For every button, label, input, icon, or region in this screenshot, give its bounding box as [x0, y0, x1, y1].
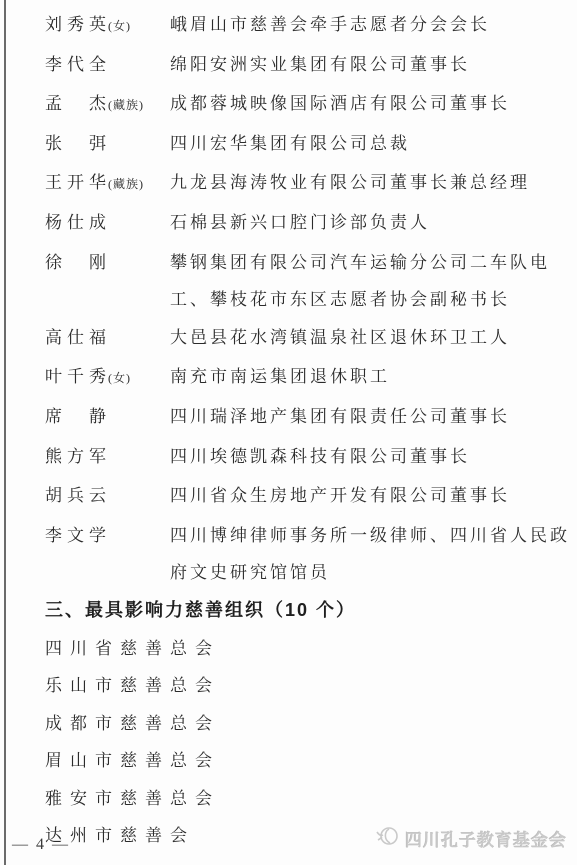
honoree-position: 九龙县海涛牧业有限公司董事长兼总经理: [170, 164, 571, 202]
honoree-position: 四川宏华集团有限公司总裁: [170, 125, 571, 163]
honoree-position-line: 府文史研究馆馆员: [170, 554, 571, 592]
honoree-name-cell: 叶千秀(女): [45, 358, 170, 398]
honoree-name-suffix: (女): [108, 19, 131, 33]
honoree-position: 四川瑞泽地产集团有限责任公司董事长: [170, 398, 571, 436]
honoree-row: 高仕福 大邑县花水湾镇温泉社区退休环卫工人: [45, 319, 571, 359]
honoree-name-cell: 孟 杰(藏族): [45, 85, 170, 125]
honoree-position: 绵阳安洲实业集团有限公司董事长: [170, 46, 571, 84]
watermark-label: 四川孔子教育基金会: [405, 826, 567, 851]
honoree-name: 席 静: [45, 407, 111, 426]
honoree-name-cell: 胡兵云: [45, 477, 170, 517]
foundation-logo-icon: [374, 824, 400, 853]
organization-item: 雅安市慈善总会: [45, 780, 571, 818]
honoree-list: 刘秀英(女) 峨眉山市慈善会牵手志愿者分会会长 李代全 绵阳安洲实业集团有限公司…: [45, 6, 571, 592]
honoree-row: 席 静 四川瑞泽地产集团有限责任公司董事长: [45, 398, 571, 438]
honoree-name-cell: 熊方军: [45, 438, 170, 478]
honoree-name: 徐 刚: [45, 253, 111, 272]
honoree-name: 张 弭: [45, 134, 111, 153]
honoree-position: 石棉县新兴口腔门诊部负责人: [170, 204, 571, 242]
organization-list: 四川省慈善总会 乐山市慈善总会 成都市慈善总会 眉山市慈善总会 雅安市慈善总会 …: [45, 630, 571, 856]
honoree-position: 四川博绅律师事务所一级律师、四川省人民政府文史研究馆馆员: [170, 517, 571, 592]
document-page: 刘秀英(女) 峨眉山市慈善会牵手志愿者分会会长 李代全 绵阳安洲实业集团有限公司…: [0, 0, 577, 865]
organization-item: 四川省慈善总会: [45, 630, 571, 668]
honoree-row: 胡兵云 四川省众生房地产开发有限公司董事长: [45, 477, 571, 517]
honoree-name: 孟 杰: [45, 94, 111, 113]
honoree-name: 杨仕成: [45, 213, 111, 232]
honoree-name-cell: 李文学: [45, 517, 170, 557]
honoree-name: 李代全: [45, 55, 111, 74]
honoree-name: 高仕福: [45, 328, 111, 347]
section-heading: 三、最具影响力慈善组织（10 个）: [45, 592, 571, 630]
honoree-position-line: 成都蓉城映像国际酒店有限公司董事长: [170, 85, 571, 123]
honoree-position: 峨眉山市慈善会牵手志愿者分会会长: [170, 6, 571, 44]
page-left-edge-line: [4, 0, 6, 865]
footer-watermark: 四川孔子教育基金会: [374, 824, 567, 853]
honoree-position: 成都蓉城映像国际酒店有限公司董事长: [170, 85, 571, 123]
honoree-position-line: 四川埃德凯森科技有限公司董事长: [170, 438, 571, 476]
honoree-row: 熊方军 四川埃德凯森科技有限公司董事长: [45, 438, 571, 478]
organization-item: 成都市慈善总会: [45, 705, 571, 743]
honoree-name-cell: 王开华(藏族): [45, 164, 170, 204]
honoree-position: 四川省众生房地产开发有限公司董事长: [170, 477, 571, 515]
honoree-position-line: 四川瑞泽地产集团有限责任公司董事长: [170, 398, 571, 436]
honoree-position-line: 大邑县花水湾镇温泉社区退休环卫工人: [170, 319, 571, 357]
honoree-position-line: 峨眉山市慈善会牵手志愿者分会会长: [170, 6, 571, 44]
honoree-position-line: 工、攀枝花市东区志愿者协会副秘书长: [170, 281, 571, 319]
honoree-row: 王开华(藏族) 九龙县海涛牧业有限公司董事长兼总经理: [45, 164, 571, 204]
honoree-name-cell: 李代全: [45, 46, 170, 86]
honoree-name: 叶千秀: [45, 367, 111, 386]
honoree-name-cell: 杨仕成: [45, 204, 170, 244]
honoree-name-suffix: (藏族): [108, 98, 144, 112]
honoree-name: 刘秀英: [45, 15, 111, 34]
honoree-position: 攀钢集团有限公司汽车运输分公司二车队电工、攀枝花市东区志愿者协会副秘书长: [170, 244, 571, 319]
honoree-name-cell: 刘秀英(女): [45, 6, 170, 46]
honoree-position-line: 绵阳安洲实业集团有限公司董事长: [170, 46, 571, 84]
honoree-position-line: 四川省众生房地产开发有限公司董事长: [170, 477, 571, 515]
honoree-position-line: 石棉县新兴口腔门诊部负责人: [170, 204, 571, 242]
honoree-name-suffix: (藏族): [108, 177, 144, 191]
honoree-position-line: 攀钢集团有限公司汽车运输分公司二车队电: [170, 244, 571, 282]
honoree-row: 李文学 四川博绅律师事务所一级律师、四川省人民政府文史研究馆馆员: [45, 517, 571, 592]
page-number: — 4 —: [12, 836, 70, 854]
honoree-position: 四川埃德凯森科技有限公司董事长: [170, 438, 571, 476]
honoree-name: 胡兵云: [45, 486, 111, 505]
honoree-row: 孟 杰(藏族) 成都蓉城映像国际酒店有限公司董事长: [45, 85, 571, 125]
organization-item: 乐山市慈善总会: [45, 667, 571, 705]
organization-item: 眉山市慈善总会: [45, 742, 571, 780]
honoree-position: 南充市南运集团退休职工: [170, 358, 571, 396]
honoree-position-line: 南充市南运集团退休职工: [170, 358, 571, 396]
honoree-position-line: 九龙县海涛牧业有限公司董事长兼总经理: [170, 164, 571, 202]
honoree-name: 熊方军: [45, 447, 111, 466]
honoree-name-cell: 张 弭: [45, 125, 170, 165]
honoree-row: 徐 刚 攀钢集团有限公司汽车运输分公司二车队电工、攀枝花市东区志愿者协会副秘书长: [45, 244, 571, 319]
honoree-position: 大邑县花水湾镇温泉社区退休环卫工人: [170, 319, 571, 357]
honoree-row: 叶千秀(女) 南充市南运集团退休职工: [45, 358, 571, 398]
honoree-name-suffix: (女): [108, 371, 131, 385]
honoree-row: 杨仕成 石棉县新兴口腔门诊部负责人: [45, 204, 571, 244]
honoree-row: 李代全 绵阳安洲实业集团有限公司董事长: [45, 46, 571, 86]
honoree-name: 李文学: [45, 526, 111, 545]
honoree-position-line: 四川宏华集团有限公司总裁: [170, 125, 571, 163]
honoree-name: 王开华: [45, 173, 111, 192]
honoree-row: 刘秀英(女) 峨眉山市慈善会牵手志愿者分会会长: [45, 6, 571, 46]
honoree-position-line: 四川博绅律师事务所一级律师、四川省人民政: [170, 517, 571, 555]
honoree-name-cell: 高仕福: [45, 319, 170, 359]
honoree-name-cell: 席 静: [45, 398, 170, 438]
page-content: 刘秀英(女) 峨眉山市慈善会牵手志愿者分会会长 李代全 绵阳安洲实业集团有限公司…: [45, 6, 571, 855]
honoree-row: 张 弭 四川宏华集团有限公司总裁: [45, 125, 571, 165]
honoree-name-cell: 徐 刚: [45, 244, 170, 284]
